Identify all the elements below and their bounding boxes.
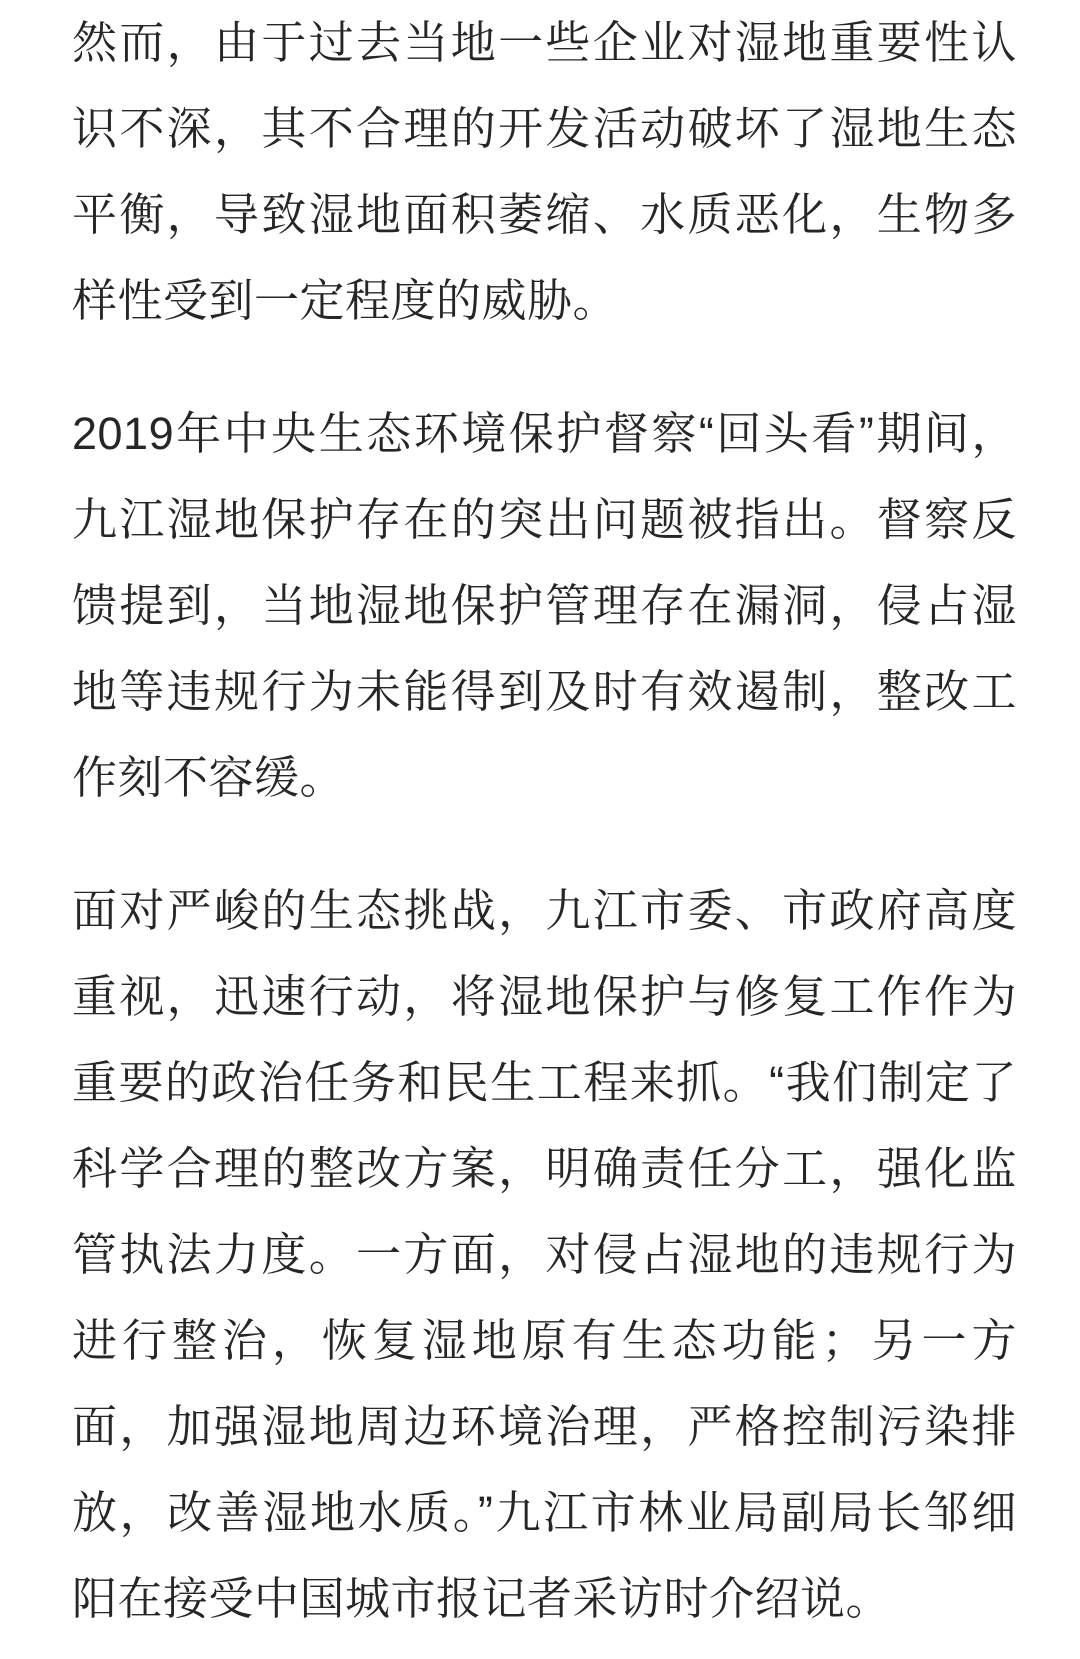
article-body: 然而，由于过去当地一些企业对湿地重要性认识不深，其不合理的开发活动破坏了湿地生态… (0, 0, 1080, 1642)
article-paragraph: 面对严峻的生态挑战，九江市委、市政府高度重视，迅速行动，将湿地保护与修复工作作为… (72, 868, 1017, 1642)
article-paragraph: 2019年中央生态环境保护督察“回头看”期间，九江湿地保护存在的突出问题被指出。… (72, 391, 1017, 821)
article-paragraph: 然而，由于过去当地一些企业对湿地重要性认识不深，其不合理的开发活动破坏了湿地生态… (72, 0, 1017, 344)
